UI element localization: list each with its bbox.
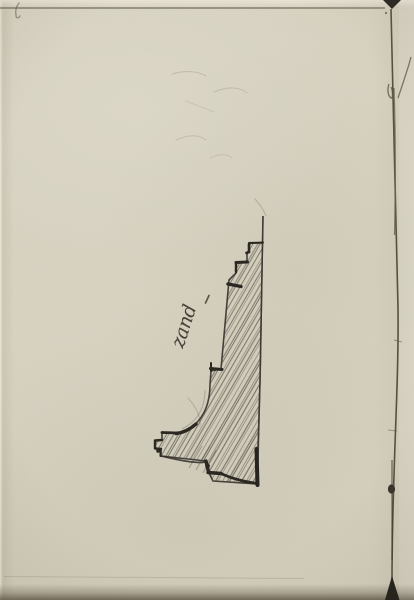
- sketchbook-page-scan: zand: [0, 0, 414, 600]
- stitch-knot: [388, 484, 395, 493]
- binding-speck: [385, 12, 387, 14]
- artwork-layer: zand: [0, 0, 414, 600]
